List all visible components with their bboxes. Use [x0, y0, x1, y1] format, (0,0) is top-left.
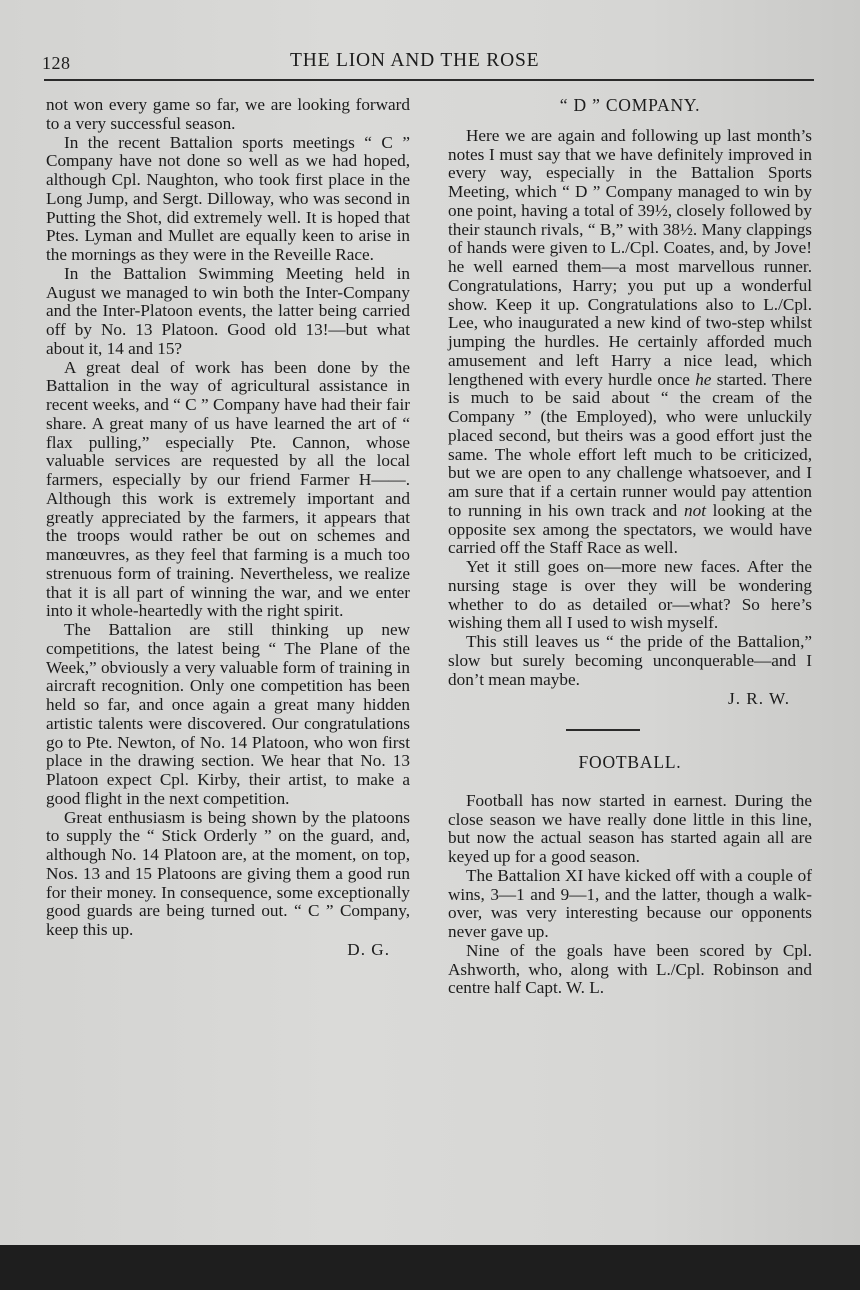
paragraph: In the Battalion Swimming Meeting held i…	[46, 265, 410, 359]
signature-jrw: J. R. W.	[448, 690, 812, 709]
paragraph-text: started. There is much to be said about …	[448, 370, 812, 520]
paragraph: The Battalion are still thinking up new …	[46, 621, 410, 809]
section-heading-d-company: “ D ” COMPANY.	[448, 96, 812, 127]
italic-word: he	[695, 370, 711, 389]
header-rule	[44, 79, 814, 81]
page-header: 128 THE LION AND THE ROSE	[42, 48, 812, 80]
magazine-page: 128 THE LION AND THE ROSE not won every …	[0, 0, 860, 1250]
section-heading-football: FOOTBALL.	[448, 731, 812, 792]
paragraph-text: Here we are again and following up last …	[448, 126, 812, 389]
signature-dg: D. G.	[46, 941, 410, 960]
paragraph: Nine of the goals have been scored by Cp…	[448, 942, 812, 998]
paragraph: Football has now started in earnest. Dur…	[448, 792, 812, 867]
paragraph: Great enthusiasm is being shown by the p…	[46, 809, 410, 940]
left-column: not won every game so far, we are lookin…	[46, 96, 410, 960]
paragraph: not won every game so far, we are lookin…	[46, 96, 410, 134]
paragraph: The Battalion XI have kicked off with a …	[448, 867, 812, 942]
paragraph: This still leaves us “ the pride of the …	[448, 633, 812, 689]
scan-background-edge	[0, 1245, 860, 1290]
paragraph: Here we are again and following up last …	[448, 127, 812, 558]
paragraph: In the recent Battalion sports meetings …	[46, 134, 410, 265]
page-number: 128	[42, 53, 71, 74]
right-column: “ D ” COMPANY. Here we are again and fol…	[448, 96, 812, 998]
paragraph: A great deal of work has been done by th…	[46, 359, 410, 622]
italic-word: not	[684, 501, 706, 520]
running-title: THE LION AND THE ROSE	[290, 50, 539, 72]
paragraph: Yet it still goes on—more new faces. Aft…	[448, 558, 812, 633]
